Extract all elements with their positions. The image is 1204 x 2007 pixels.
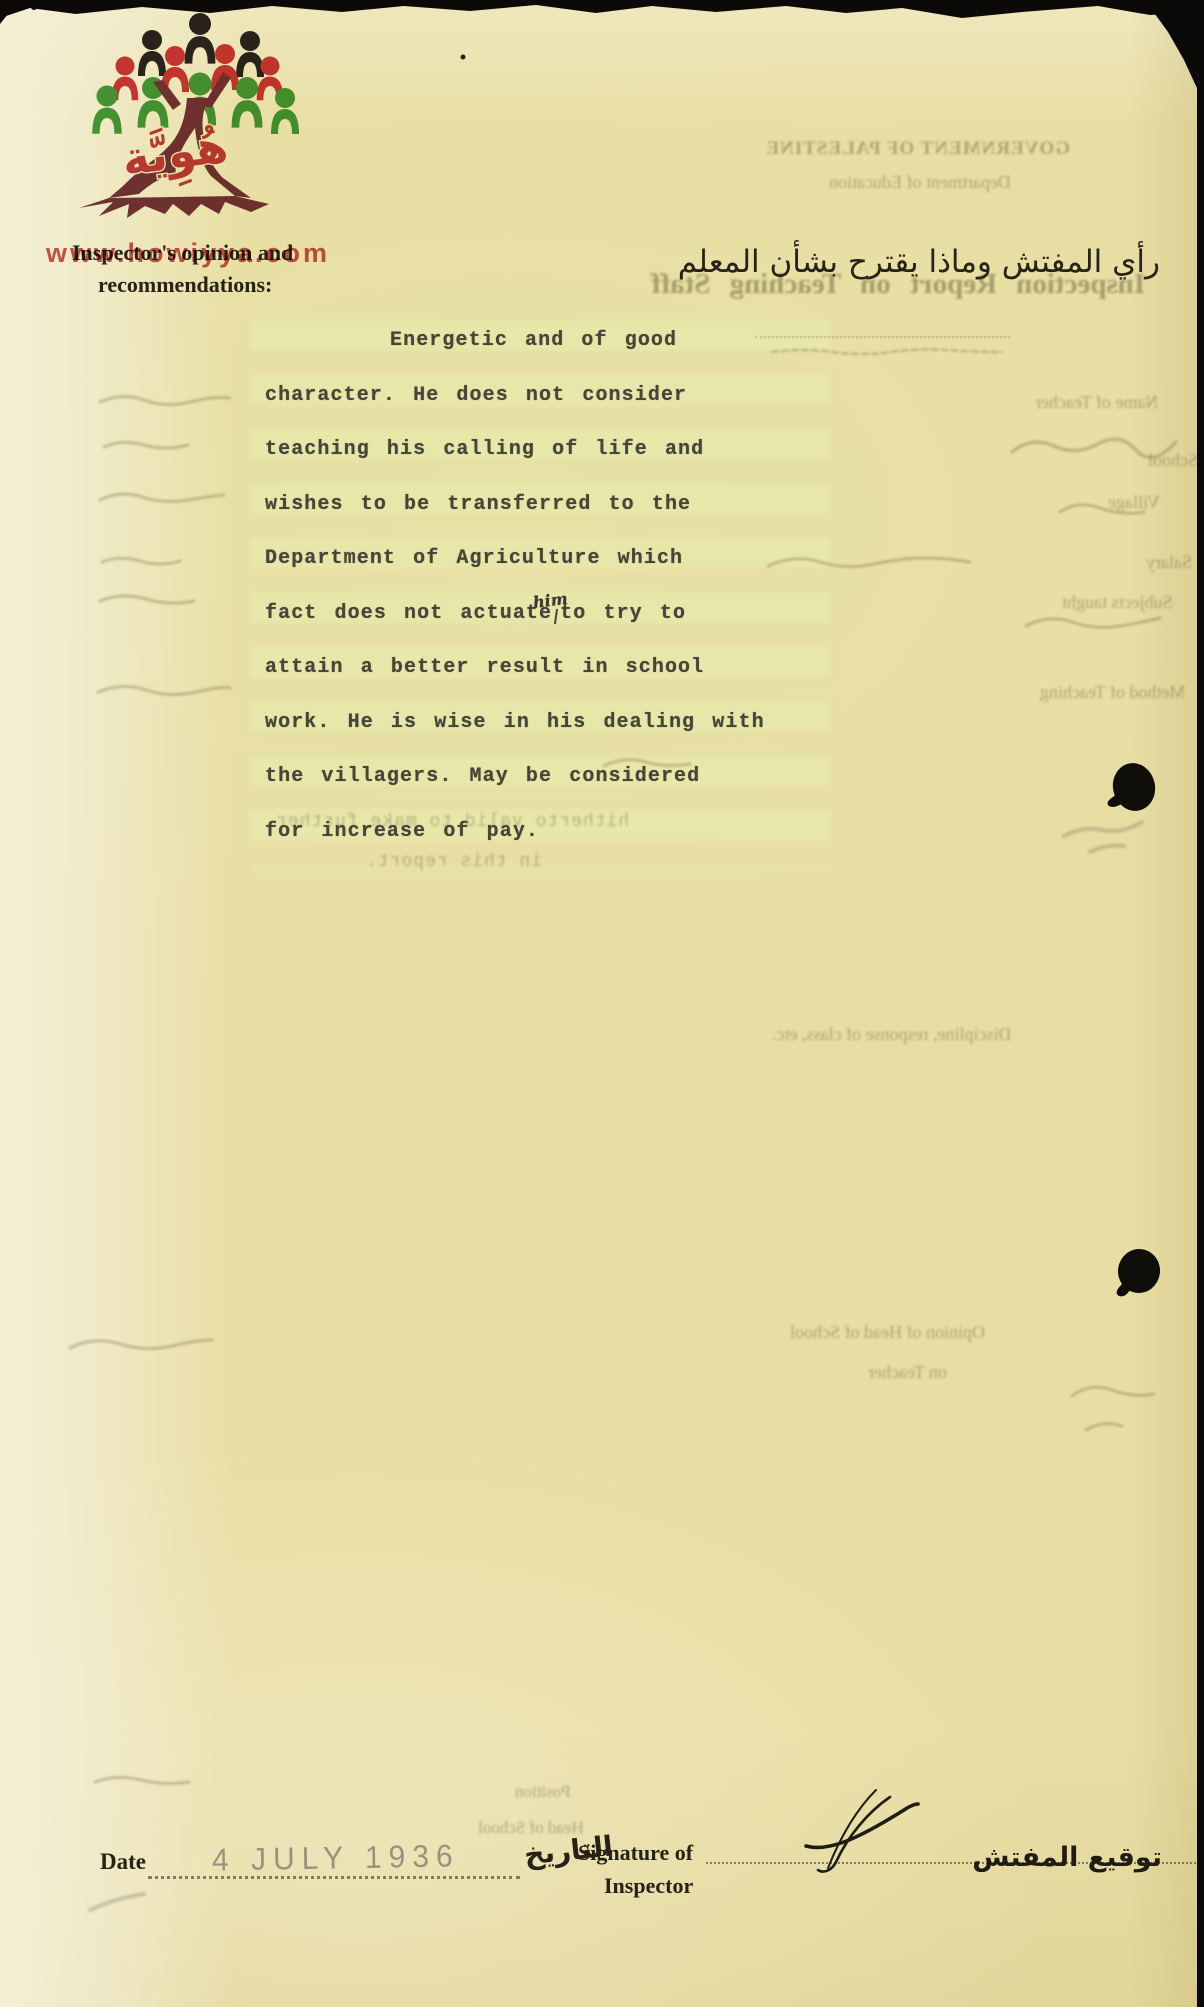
ghost-field-opinion-line2: on Teacher — [868, 1362, 947, 1383]
typed-line-2: character. He does not consider — [265, 369, 765, 424]
typed-line-7: attain a better result in school — [265, 641, 765, 696]
watermark-url: www.howiyya.com — [46, 238, 330, 269]
inspector-signature — [806, 1790, 918, 1872]
typed-line-3: teaching his calling of life and — [265, 423, 765, 478]
document-page: GOVERNMENT OF PALESTINE Department of Ed… — [0, 0, 1204, 2007]
typed-line-10: for increase of pay. — [265, 805, 765, 860]
typed-line-5: Department of Agriculture which — [265, 532, 765, 587]
scan-overlay — [0, 0, 1204, 2007]
typed-line-6: fact does not actuateto try to him — [265, 587, 765, 642]
ghost-field-opinion-line1: Opinion of Head of School — [790, 1322, 985, 1343]
typed-line-9: the villagers. May be considered — [265, 750, 765, 805]
archive-logo: هُوِيَّة — [55, 6, 305, 241]
logo-calligraphy: هُوِيَّة — [119, 118, 233, 195]
scan-edge-shadows — [0, 0, 1204, 2007]
ink-blot-top — [1108, 759, 1160, 815]
typed-line-8: work. He is wise in his dealing with — [265, 696, 765, 751]
ghost-field-salary: Salary — [1146, 552, 1192, 573]
signature-label-arabic: توقيع المفتش — [972, 1842, 1162, 1873]
date-stamp: 4 JULY 1936 — [212, 1839, 460, 1879]
ghost-department-heading: Department of Education — [800, 172, 1040, 193]
ghost-field-school: School — [1148, 450, 1198, 471]
typed-remarks: Energetic and of good character. He does… — [265, 314, 765, 859]
arabic-heading: رأي المفتش وماذا يقترح بشأن المعلم — [678, 244, 1160, 280]
ghost-field-village: Village — [1108, 492, 1160, 513]
inspector-opinion-label-line2: recommendations: — [98, 272, 272, 298]
ghost-field-subjects: Subjects taught — [1062, 592, 1173, 613]
typed-line-6-pre: fact does not actuate — [265, 602, 552, 625]
signature-label-line2: Inspector — [604, 1873, 693, 1899]
typed-line-6-post: to try to — [560, 602, 686, 625]
ghost-field-name-of-teacher: Name of Teacher — [1035, 392, 1158, 413]
pencil-smudges — [90, 822, 1142, 1910]
ghost-field-position: Position — [515, 1782, 571, 1802]
typed-line-1: Energetic and of good — [265, 314, 765, 369]
ghost-field-discipline: Discipline, response of class, etc. — [772, 1024, 1011, 1045]
date-label: Date — [100, 1849, 146, 1875]
ghost-field-method: Method of Teaching — [1040, 682, 1185, 703]
insertion-caret — [554, 608, 558, 623]
typed-line-4: wishes to be transferred to the — [265, 478, 765, 533]
ghost-government-heading: GOVERNMENT OF PALESTINE — [770, 138, 1070, 160]
ink-blot-bottom — [1115, 1246, 1163, 1296]
signature-label-line1: Signature of — [578, 1840, 693, 1866]
ghost-rule — [755, 336, 1010, 338]
handwritten-insertion-him: him — [532, 590, 568, 610]
